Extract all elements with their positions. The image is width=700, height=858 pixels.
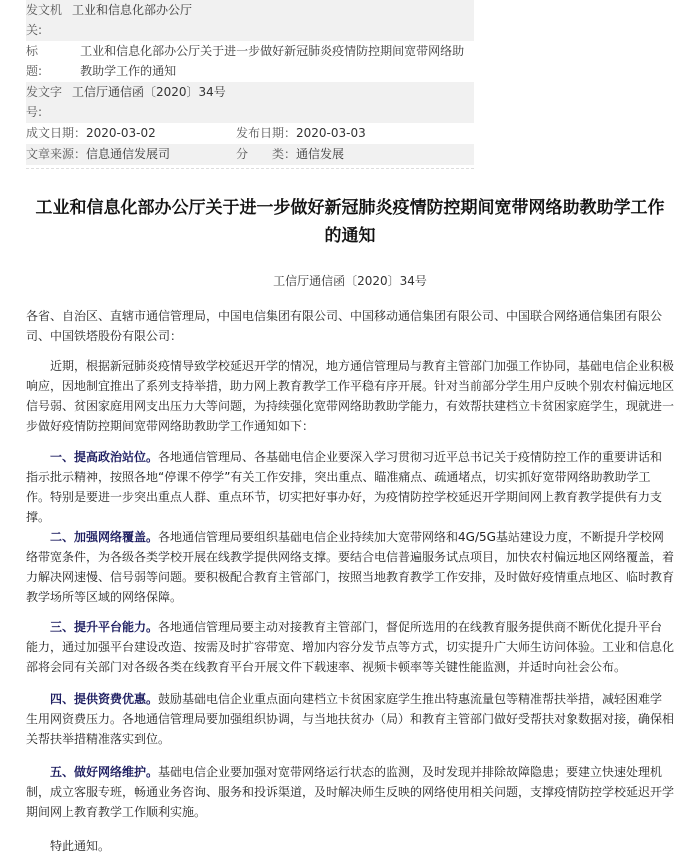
meta-divider	[26, 168, 474, 169]
publish-date: 发布日期： 2020-03-03	[236, 123, 446, 144]
meta-row-title: 标 题: 工业和信息化部办公厅关于进一步做好新冠肺炎疫情防控期间宽带网络助教助学…	[26, 41, 474, 82]
document-number: 工信厅通信函〔2020〕34号	[0, 272, 700, 289]
document-title: 工业和信息化部办公厅关于进一步做好新冠肺炎疫情防控期间宽带网络助教助学工作的通知	[30, 194, 670, 250]
written-date: 成文日期： 2020-03-02	[26, 123, 236, 144]
source-value: 信息通信发展司	[86, 144, 170, 165]
meta-row-source: 文章来源： 信息通信发展司 分 类： 通信发展	[26, 144, 474, 165]
category-value: 通信发展	[296, 144, 344, 165]
meta-row-dates: 成文日期： 2020-03-02 发布日期： 2020-03-03	[26, 123, 474, 144]
section-1-heading: 一、提高政治站位。	[50, 450, 158, 464]
publish-date-value: 2020-03-03	[296, 123, 366, 144]
intro-paragraph: 近期，根据新冠肺炎疫情导致学校延迟开学的情况，地方通信管理局与教育主管部门加强工…	[26, 356, 674, 436]
document-metadata-table: 发文机关: 工业和信息化部办公厅 标 题: 工业和信息化部办公厅关于进一步做好新…	[26, 0, 474, 165]
section-4: 四、提供资费优惠。鼓励基础电信企业重点面向建档立卡贫困家庭学生推出特惠流量包等精…	[26, 689, 674, 749]
docno-value: 工信厅通信函〔2020〕34号	[70, 82, 226, 123]
category: 分 类： 通信发展	[236, 144, 446, 165]
docno-label: 发文字号:	[26, 82, 70, 123]
addressee: 各省、自治区、直辖市通信管理局，中国电信集团有限公司、中国移动通信集团有限公司、…	[26, 306, 674, 346]
section-3: 三、提升平台能力。各地通信管理局要主动对接教育主管部门，督促所选用的在线教育服务…	[26, 617, 674, 677]
section-4-heading: 四、提供资费优惠。	[50, 692, 158, 706]
written-date-value: 2020-03-02	[86, 123, 156, 144]
issuer-value: 工业和信息化部办公厅	[70, 0, 192, 41]
written-date-label: 成文日期：	[26, 123, 86, 144]
section-5-heading: 五、做好网络维护。	[50, 765, 158, 779]
section-2: 二、加强网络覆盖。各地通信管理局要组织基础电信企业持续加大宽带网络和4G/5G基…	[26, 527, 674, 607]
source: 文章来源： 信息通信发展司	[26, 144, 236, 165]
section-2-heading: 二、加强网络覆盖。	[50, 530, 158, 544]
section-5: 五、做好网络维护。基础电信企业要加强对宽带网络运行状态的监测，及时发现并排除故障…	[26, 762, 674, 822]
meta-row-docno: 发文字号: 工信厅通信函〔2020〕34号	[26, 82, 474, 123]
title-value: 工业和信息化部办公厅关于进一步做好新冠肺炎疫情防控期间宽带网络助教助学工作的通知	[62, 41, 474, 82]
category-label: 分 类：	[236, 144, 296, 165]
issuer-label: 发文机关:	[26, 0, 70, 41]
publish-date-label: 发布日期：	[236, 123, 296, 144]
closing: 特此通知。	[26, 836, 674, 856]
source-label: 文章来源：	[26, 144, 86, 165]
section-1: 一、提高政治站位。各地通信管理局、各基础电信企业要深入学习贯彻习近平总书记关于疫…	[26, 447, 674, 527]
title-label: 标 题:	[26, 41, 62, 82]
section-3-heading: 三、提升平台能力。	[50, 620, 158, 634]
meta-row-issuer: 发文机关: 工业和信息化部办公厅	[26, 0, 474, 41]
